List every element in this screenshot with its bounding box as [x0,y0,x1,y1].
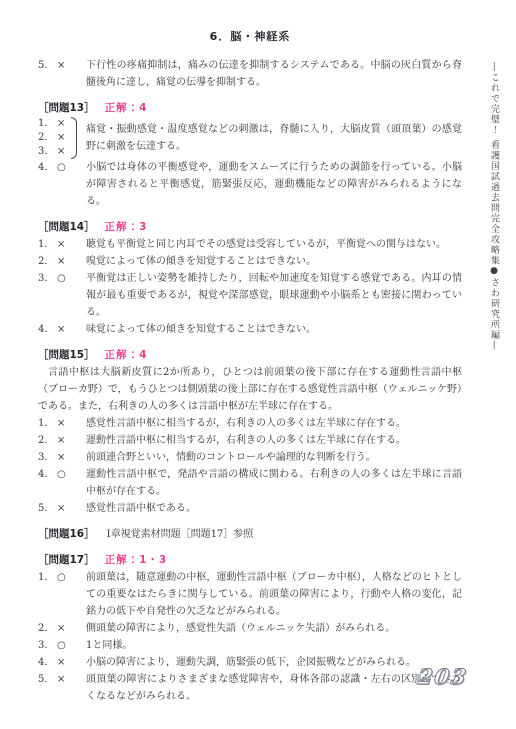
carryover-option-row: 5． × 下行性の疼痛抑制は，痛みの伝達を抑制するシステムである。中脳の灰白質か… [38,57,462,91]
option-explanation: 感覚性言語中枢に相当するが，右利きの人の多くは左半球に存在する。 [86,415,462,432]
correct-answer-value: 正解：1・3 [105,552,168,569]
option-number: 5． [38,500,56,517]
answer-option-row: 4．○運動性言語中枢で，発語や言語の構成に関わる。右利きの人の多くは左半球に言語… [38,466,462,500]
cross-mark: × [56,449,86,466]
question-header: ［問題14］正解：3 [38,219,462,236]
option-number: 2． [38,432,56,449]
option-explanation: 下行性の疼痛抑制は，痛みの伝達を抑制するシステムである。中脳の灰白質から脊髄後角… [86,57,462,91]
cross-mark: × [56,57,86,74]
grouped-option-row: 2．× [38,131,71,145]
grouped-option-row: 3．× [38,145,71,159]
question-block: ［問題16］Ⅰ章視覚素材問題［問題17］参照 [38,526,462,543]
answer-option-row: 5．×頭頂葉の障害によりさまざまな感覚障害や，身体各部の認識・左右の区別ができな… [38,671,462,705]
reference-note: Ⅰ章視覚素材問題［問題17］参照 [107,526,254,543]
cross-mark: × [56,117,71,131]
circle-mark: ○ [56,159,86,176]
answer-option-row: 3．○平衡覚は正しい姿勢を維持したり，回転や加速度を知覚する感覚である。内耳の情… [38,270,462,321]
book-edge-caption: ―これで完璧！ 看護国試過去問完全攻略集●さわ研究所編― [488,62,501,351]
cross-mark: × [56,236,86,253]
cross-mark: × [56,253,86,270]
cross-mark: × [56,620,86,637]
grouped-option-explanation: 痛覚・振動感覚・温度感覚などの刺激は，脊髄に入り，大脳皮質（頭頂葉）の感覚野に刺… [86,121,462,155]
question-block: ［問題17］正解：1・31．○前頭葉は，随意運動の中枢，運動性言語中枢（ブローカ… [38,552,462,705]
answer-option-row: 2．×側頭葉の障害により，感覚性失語（ウェルニッケ失語）がみられる。 [38,620,462,637]
option-number: 3． [38,449,56,466]
answer-option-row: 1．×聴覚も平衡覚と同じ内耳でその感覚は受容しているが，平衡覚への関与はない。 [38,236,462,253]
grouped-option-row: 1．× [38,117,71,131]
option-number: 2． [38,620,56,637]
cross-mark: × [56,131,71,145]
option-explanation: 小脳の障害により，運動失調，筋緊張の低下，企図振戦などがみられる。 [86,654,462,671]
option-number: 3． [38,270,56,287]
option-number: 2． [38,253,56,270]
cross-mark: × [56,500,86,517]
option-explanation: 前頭連合野といい，情動のコントロールや論理的な判断を行う。 [86,449,462,466]
option-explanation: 運動性言語中枢で，発語や言語の構成に関わる。右利きの人の多くは左半球に言語中枢が… [86,466,462,500]
option-number: 5． [38,57,56,74]
answer-option-row: 3．○1と同様。 [38,637,462,654]
question-intro: 言語中枢は大脳新皮質に2か所あり，ひとつは前頭葉の後下部に存在する運動性言語中枢… [38,364,462,415]
option-explanation: 小脳では身体の平衡感覚や，運動をスムーズに行うための調節を行っている。小脳が障害… [86,159,462,210]
question-label: ［問題16］ [38,526,95,543]
option-number: 4． [38,654,56,671]
cross-mark: × [56,415,86,432]
answer-option-row: 4．×小脳の障害により，運動失調，筋緊張の低下，企図振戦などがみられる。 [38,654,462,671]
cross-mark: × [56,145,71,159]
question-label: ［問題17］ [38,552,95,569]
option-explanation: 感覚性言語中枢である。 [86,500,462,517]
question-block: ［問題13］正解：41．×2．×3．×痛覚・振動感覚・温度感覚などの刺激は，脊髄… [38,100,462,210]
circle-mark: ○ [56,466,86,483]
option-explanation: 頭頂葉の障害によりさまざまな感覚障害や，身体各部の認識・左右の区別ができなくなる… [86,671,462,705]
option-explanation: 味覚によって体の傾きを知覚することはできない。 [86,321,462,338]
answer-option-row: 2．×嗅覚によって体の傾きを知覚することはできない。 [38,253,462,270]
answer-option-row: 4．○小脳では身体の平衡感覚や，運動をスムーズに行うための調節を行っている。小脳… [38,159,462,210]
correct-answer-value: 正解：3 [105,219,148,236]
group-brace [71,117,77,159]
option-number: 4． [38,321,56,338]
answer-option-row: 4．×味覚によって体の傾きを知覚することはできない。 [38,321,462,338]
option-number: 2． [38,131,56,145]
answer-option-row: 2．×運動性言語中枢に相当するが，右利きの人の多くは左半球に存在する。 [38,432,462,449]
content-area: 5． × 下行性の疼痛抑制は，痛みの伝達を抑制するシステムである。中脳の灰白質か… [38,57,462,705]
option-number: 3． [38,145,56,159]
grouped-option-numbers: 1．×2．×3．× [38,117,71,159]
option-number: 4． [38,159,56,176]
question-block: ［問題15］正解：4言語中枢は大脳新皮質に2か所あり，ひとつは前頭葉の後下部に存… [38,347,462,517]
option-number: 1． [38,415,56,432]
option-number: 1． [38,569,56,586]
question-label: ［問題13］ [38,100,95,117]
circle-mark: ○ [56,569,86,586]
cross-mark: × [56,321,86,338]
question-label: ［問題14］ [38,219,95,236]
chapter-title: 6．脳・神経系 [38,28,462,44]
circle-mark: ○ [56,637,86,654]
option-explanation: 平衡覚は正しい姿勢を維持したり，回転や加速度を知覚する感覚である。内耳の情報が最… [86,270,462,321]
question-label: ［問題15］ [38,347,95,364]
option-explanation: 嗅覚によって体の傾きを知覚することはできない。 [86,253,462,270]
grouped-options: 1．×2．×3．×痛覚・振動感覚・温度感覚などの刺激は，脊髄に入り，大脳皮質（頭… [38,117,462,159]
option-explanation: 側頭葉の障害により，感覚性失語（ウェルニッケ失語）がみられる。 [86,620,462,637]
answer-option-row: 1．○前頭葉は，随意運動の中枢，運動性言語中枢（ブローカ中枢），人格などのヒトと… [38,569,462,620]
answer-option-row: 3．×前頭連合野といい，情動のコントロールや論理的な判断を行う。 [38,449,462,466]
option-explanation: 聴覚も平衡覚と同じ内耳でその感覚は受容しているが，平衡覚への関与はない。 [86,236,462,253]
questions-list: ［問題13］正解：41．×2．×3．×痛覚・振動感覚・温度感覚などの刺激は，脊髄… [38,100,462,705]
option-number: 3． [38,637,56,654]
option-number: 5． [38,671,56,688]
option-explanation: 1と同様。 [86,637,462,654]
circle-mark: ○ [56,270,86,287]
option-explanation: 前頭葉は，随意運動の中枢，運動性言語中枢（ブローカ中枢），人格などのヒトとしての… [86,569,462,620]
cross-mark: × [56,432,86,449]
question-header: ［問題15］正解：4 [38,347,462,364]
correct-answer-value: 正解：4 [105,347,148,364]
option-number: 1． [38,117,56,131]
question-header: ［問題17］正解：1・3 [38,552,462,569]
question-header: ［問題13］正解：4 [38,100,462,117]
question-block: ［問題14］正解：31．×聴覚も平衡覚と同じ内耳でその感覚は受容しているが，平衡… [38,219,462,338]
answer-option-row: 1．×感覚性言語中枢に相当するが，右利きの人の多くは左半球に存在する。 [38,415,462,432]
question-header: ［問題16］Ⅰ章視覚素材問題［問題17］参照 [38,526,462,543]
book-page: 6．脳・神経系 5． × 下行性の疼痛抑制は，痛みの伝達を抑制するシステムである… [0,0,516,729]
correct-answer-value: 正解：4 [105,100,148,117]
cross-mark: × [56,654,86,671]
answer-option-row: 5．×感覚性言語中枢である。 [38,500,462,517]
option-number: 1． [38,236,56,253]
cross-mark: × [56,671,86,688]
option-number: 4． [38,466,56,483]
page-number: 203 [416,664,469,689]
option-explanation: 運動性言語中枢に相当するが，右利きの人の多くは左半球に存在する。 [86,432,462,449]
